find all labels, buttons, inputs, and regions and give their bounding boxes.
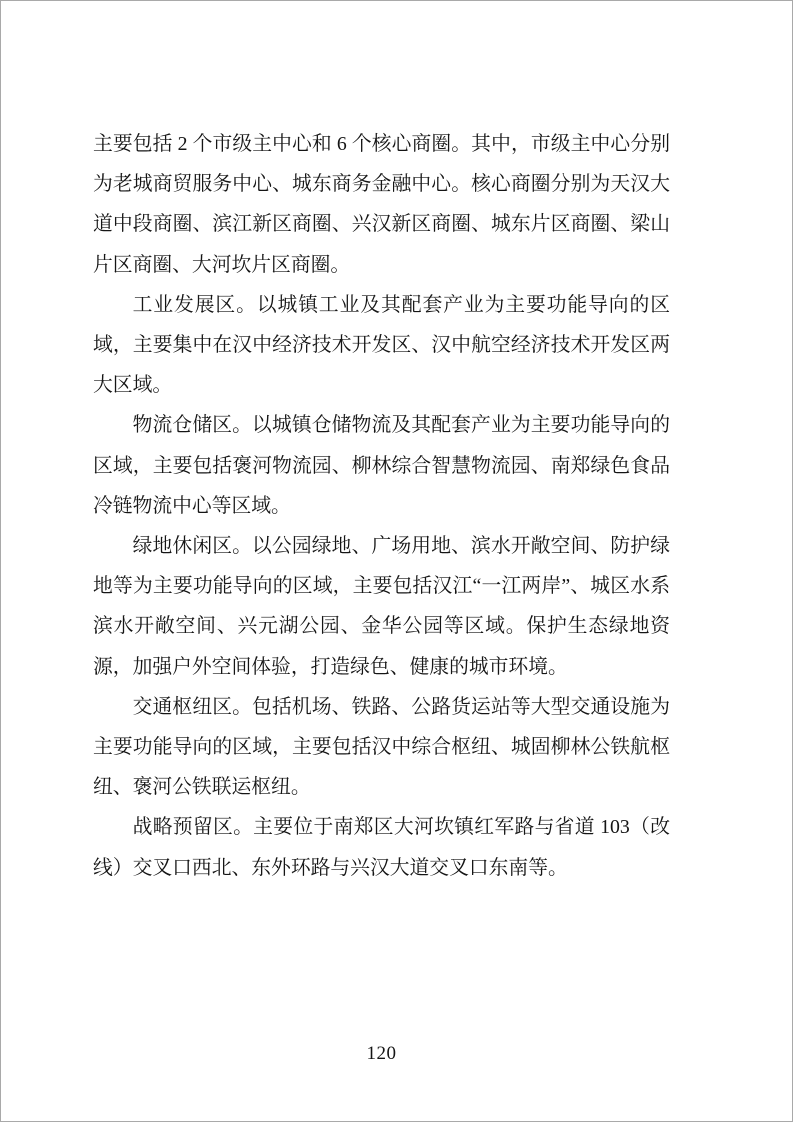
body-paragraph: 绿地休闲区。以公园绿地、广场用地、滨水开敞空间、防护绿地等为主要功能导向的区域，… — [93, 526, 670, 687]
body-paragraph: 主要包括 2 个市级主中心和 6 个核心商圈。其中，市级主中心分别为老城商贸服务… — [93, 124, 670, 285]
body-paragraph: 物流仓储区。以城镇仓储物流及其配套产业为主要功能导向的区域，主要包括褒河物流园、… — [93, 405, 670, 526]
page-number: 120 — [367, 1043, 397, 1064]
page-body: 主要包括 2 个市级主中心和 6 个核心商圈。其中，市级主中心分别为老城商贸服务… — [93, 124, 670, 888]
body-paragraph: 交通枢纽区。包括机场、铁路、公路货运站等大型交通设施为主要功能导向的区域，主要包… — [93, 687, 670, 808]
page-footer: 120 — [93, 1043, 670, 1065]
body-paragraph: 战略预留区。主要位于南郑区大河坎镇红军路与省道 103（改线）交叉口西北、东外环… — [93, 807, 670, 887]
body-paragraph: 工业发展区。以城镇工业及其配套产业为主要功能导向的区域，主要集中在汉中经济技术开… — [93, 285, 670, 406]
document-page: 主要包括 2 个市级主中心和 6 个核心商圈。其中，市级主中心分别为老城商贸服务… — [0, 0, 793, 1122]
